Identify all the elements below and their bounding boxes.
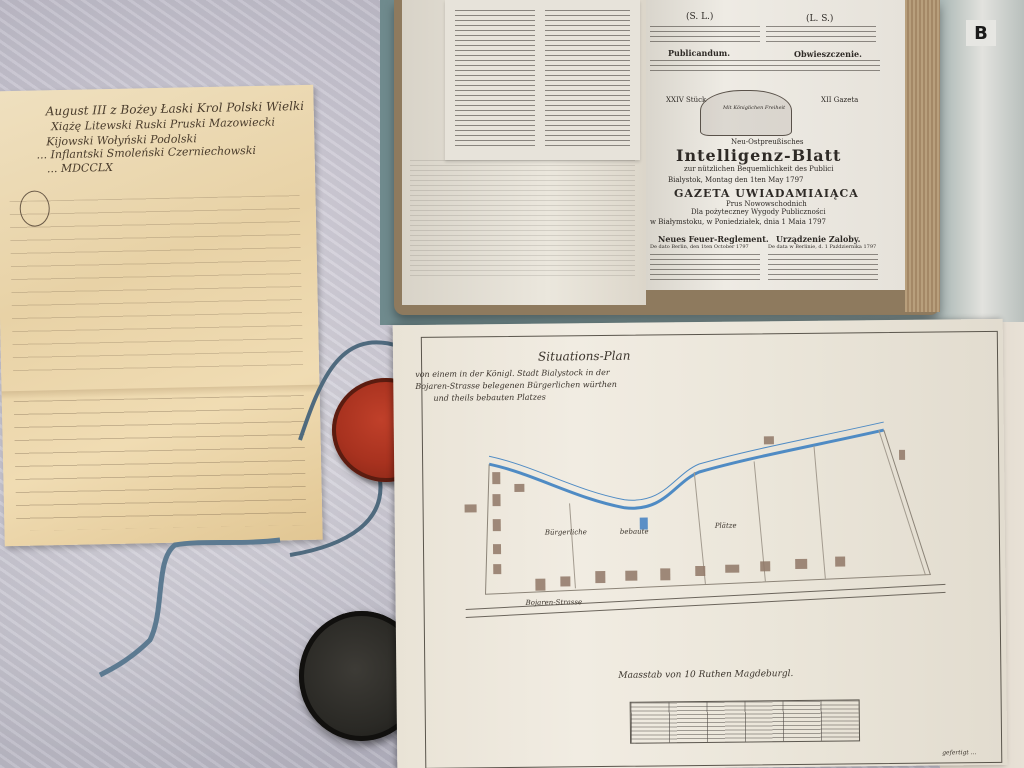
building <box>535 579 545 591</box>
map-corner-note: gefertigt ... <box>942 749 976 756</box>
scale-caption: Maasstab von 10 Ruthen Magdeburgl. <box>618 669 793 681</box>
map-scale-bar <box>630 699 860 743</box>
building <box>493 544 501 554</box>
building <box>625 571 637 581</box>
building <box>493 519 501 531</box>
building <box>725 565 739 573</box>
building <box>595 571 605 583</box>
building <box>760 561 770 571</box>
building <box>899 450 905 460</box>
building <box>492 494 500 506</box>
building <box>492 472 500 484</box>
parcel-label-right: Plätze <box>715 522 737 530</box>
building <box>660 568 670 580</box>
building <box>560 576 570 586</box>
building <box>493 564 501 574</box>
building <box>764 436 774 444</box>
building <box>835 556 845 566</box>
town-plan-map: Situations-Plan von einem in der Königl.… <box>393 319 1008 768</box>
parcel-label-middle: bebaute <box>620 528 649 536</box>
building <box>465 504 477 512</box>
building <box>695 566 705 576</box>
street-label: Bojaren-Strasse <box>526 598 583 607</box>
building <box>514 484 524 492</box>
parcel-label-left: Bürgerliche <box>545 528 587 536</box>
building <box>795 559 807 569</box>
